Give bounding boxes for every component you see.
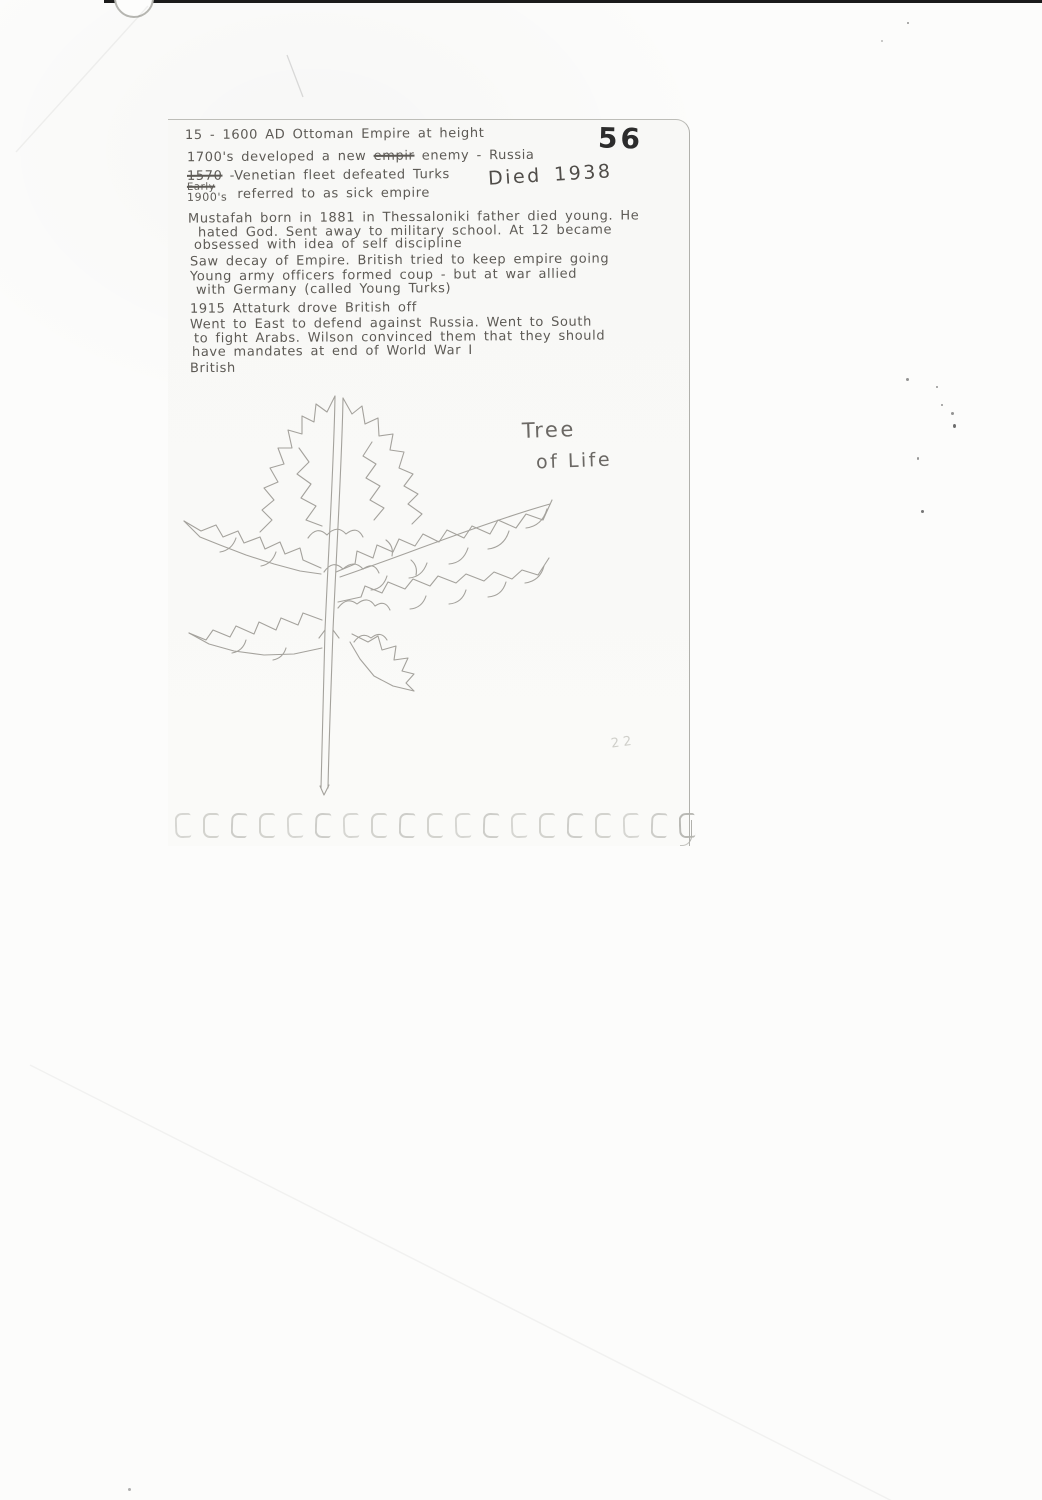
note-text: 15 - 1600 AD Ottoman Empire at height xyxy=(185,126,485,143)
scanner-bed-edge xyxy=(104,0,1042,3)
note-line: 1570 -Venetian fleet defeated Turks xyxy=(187,167,450,184)
card-edge-curl xyxy=(680,820,692,846)
note-line: with Germany (called Young Turks) xyxy=(196,281,451,298)
note-line: 1700's developed a new empir enemy - Rus… xyxy=(187,148,535,165)
scan-speck xyxy=(907,22,909,24)
scan-speck xyxy=(881,40,883,42)
perforation-hole xyxy=(595,813,611,838)
perforation-row xyxy=(175,810,695,840)
note-text: with Germany (called Young Turks) xyxy=(196,281,451,298)
note-line: obsessed with idea of self discipline xyxy=(194,236,462,253)
scan-speck xyxy=(941,404,943,406)
note-line: British xyxy=(190,361,236,376)
death-date-note: Died 1938 xyxy=(487,160,613,190)
perforation-hole xyxy=(231,812,248,838)
page-number: 56 xyxy=(598,121,644,155)
perforation-hole xyxy=(455,812,472,838)
note-text: -Venetian fleet defeated Turks xyxy=(222,167,449,184)
note-text: 1700's developed a new xyxy=(187,149,374,165)
tree-of-life-sketch xyxy=(176,390,566,815)
perforation-hole xyxy=(343,812,360,838)
perforation-hole xyxy=(259,813,275,838)
scan-speck xyxy=(917,457,919,460)
note-text: referred to as sick empire xyxy=(237,186,430,202)
note-line: 15 - 1600 AD Ottoman Empire at height xyxy=(185,126,485,143)
faint-pencil-mark: 22 xyxy=(610,733,636,751)
scanned-sheet: { "page": { "number": "56", "death_note"… xyxy=(0,0,1042,1500)
perforation-hole xyxy=(175,812,192,838)
perforation-hole xyxy=(315,812,332,838)
perforation-hole xyxy=(371,813,387,838)
note-line: Early1900'sreferred to as sick empire xyxy=(187,183,430,205)
stacked-prefix: Early1900's xyxy=(187,183,227,203)
scan-speck xyxy=(906,378,909,381)
perforation-hole xyxy=(427,813,443,838)
scan-speck xyxy=(128,1488,131,1491)
perforation-hole xyxy=(483,812,500,838)
note-line: have mandates at end of World War I xyxy=(192,343,473,360)
scan-speck xyxy=(936,386,938,388)
perforation-hole xyxy=(287,812,304,838)
perforation-hole xyxy=(203,813,219,838)
scan-speck xyxy=(951,412,954,415)
perforation-hole xyxy=(539,813,555,838)
note-text: 1900's xyxy=(187,190,227,203)
struck-word: empir xyxy=(374,149,415,164)
perforation-hole xyxy=(511,812,528,838)
perforation-hole xyxy=(651,812,668,838)
note-text: 1915 Attaturk drove British off xyxy=(190,300,417,317)
note-text: have mandates at end of World War I xyxy=(192,343,473,360)
note-card: 56 15 - 1600 AD Ottoman Empire at height… xyxy=(168,119,690,846)
note-text: obsessed with idea of self discipline xyxy=(194,236,462,253)
perforation-hole xyxy=(623,812,640,838)
note-text: enemy - Russia xyxy=(414,148,534,164)
punch-hole-tab xyxy=(114,0,154,18)
note-line: 1915 Attaturk drove British off xyxy=(190,300,417,317)
perforation-hole xyxy=(399,812,416,838)
perforation-hole xyxy=(567,812,584,838)
scan-speck xyxy=(953,424,956,428)
scan-speck xyxy=(921,510,924,513)
note-text: British xyxy=(190,361,236,376)
